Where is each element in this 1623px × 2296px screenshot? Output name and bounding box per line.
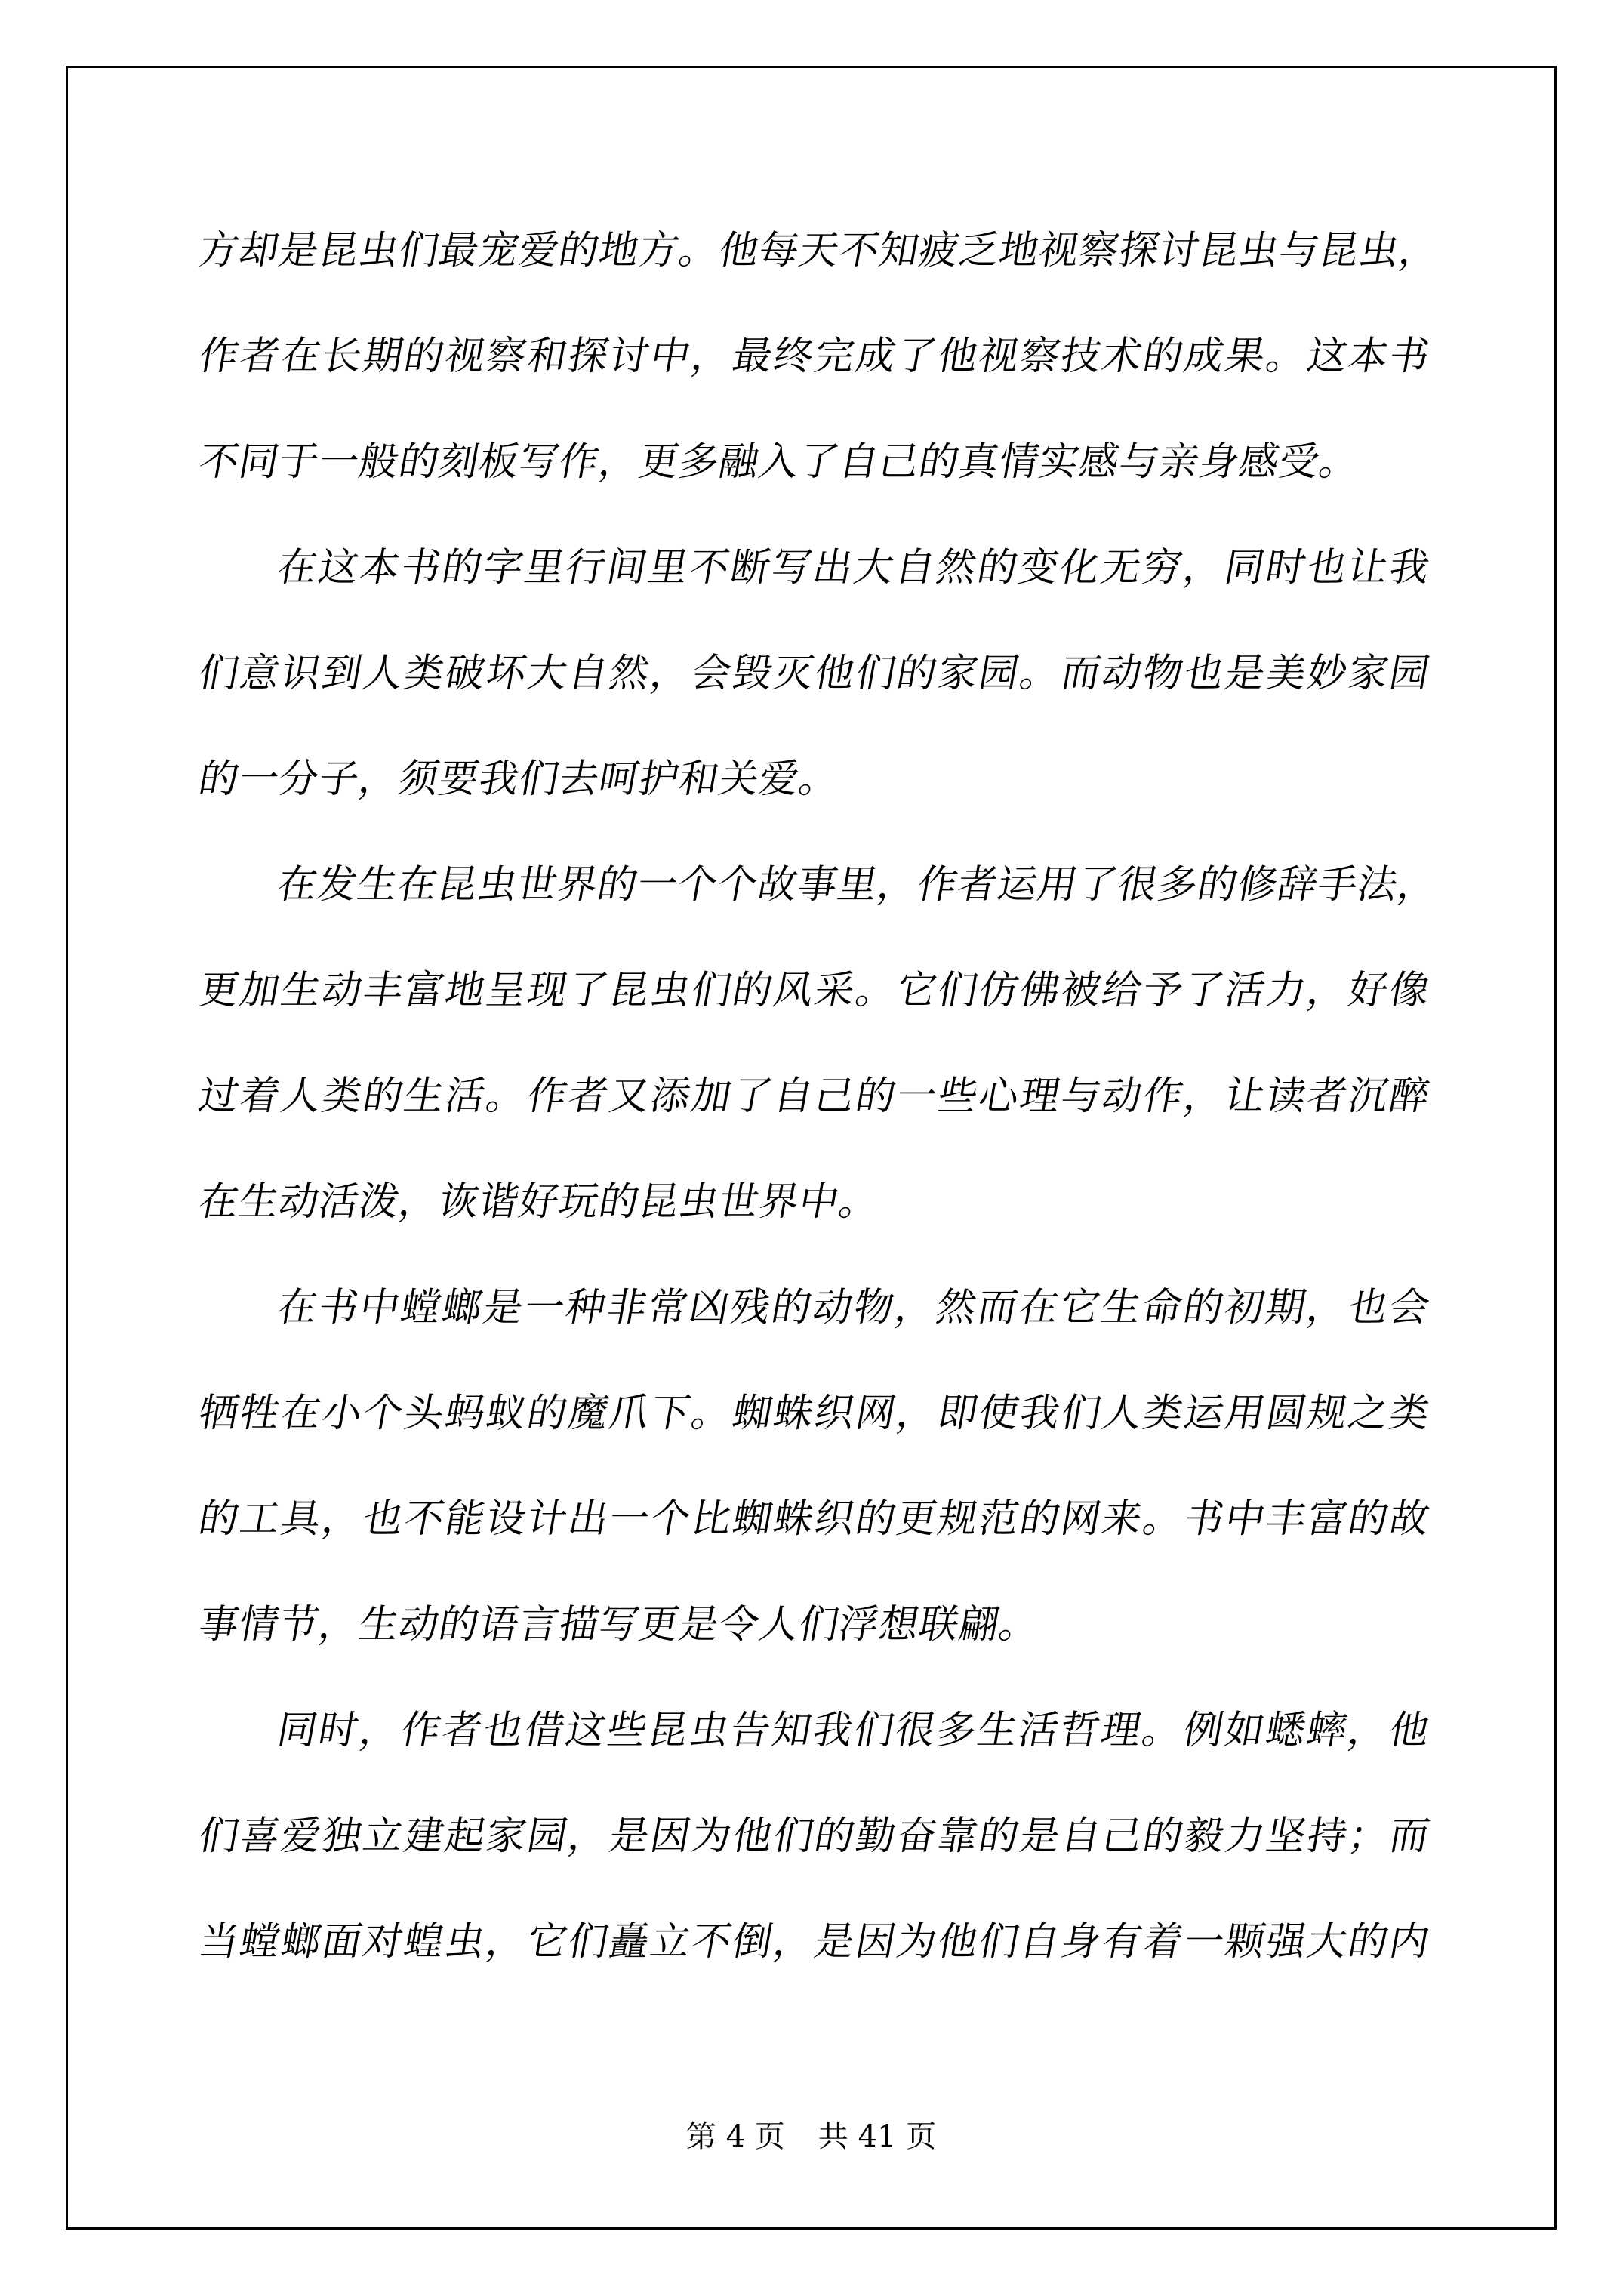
text-line: 事情节，生动的语言描写更是令人们浮想联翩。 (190, 1572, 1440, 1678)
text-line: 作者在长期的视察和探讨中，最终完成了他视察技术的成果。这本书 (190, 304, 1440, 409)
text-line: 牺牲在小个头蚂蚁的魔爪下。蜘蛛织网，即使我们人类运用圆规之类 (190, 1361, 1440, 1466)
page-footer: 第 4 页共 41 页 (68, 2119, 1554, 2155)
text-line: 在发生在昆虫世界的一个个故事里，作者运用了很多的修辞手法， (190, 832, 1440, 938)
text-line: 不同于一般的刻板写作，更多融入了自己的真情实感与亲身感受。 (190, 409, 1440, 515)
document-page: 方却是昆虫们最宠爱的地方。他每天不知疲乏地视察探讨昆虫与昆虫，作者在长期的视察和… (0, 0, 1623, 2296)
text-line: 的一分子，须要我们去呵护和关爱。 (190, 726, 1440, 832)
text-line: 在这本书的字里行间里不断写出大自然的变化无穷，同时也让我 (190, 515, 1440, 621)
page-border-frame: 方却是昆虫们最宠爱的地方。他每天不知疲乏地视察探讨昆虫与昆虫，作者在长期的视察和… (66, 66, 1557, 2230)
text-line: 更加生动丰富地呈现了昆虫们的风采。它们仿佛被给予了活力，好像 (190, 938, 1440, 1043)
footer-page-number: 第 4 页 (686, 2119, 785, 2154)
document-body: 方却是昆虫们最宠爱的地方。他每天不知疲乏地视察探讨昆虫与昆虫，作者在长期的视察和… (199, 198, 1430, 1995)
text-line: 同时，作者也借这些昆虫告知我们很多生活哲理。例如蟋蟀，他 (190, 1678, 1440, 1783)
text-line: 方却是昆虫们最宠爱的地方。他每天不知疲乏地视察探讨昆虫与昆虫， (190, 198, 1440, 304)
text-line: 们意识到人类破坏大自然，会毁灭他们的家园。而动物也是美妙家园 (190, 621, 1440, 726)
text-line: 在书中螳螂是一种非常凶残的动物，然而在它生命的初期，也会 (190, 1255, 1440, 1361)
text-line: 在生动活泼，诙谐好玩的昆虫世界中。 (190, 1149, 1440, 1255)
text-line: 们喜爱独立建起家园，是因为他们的勤奋靠的是自己的毅力坚持；而 (190, 1783, 1440, 1889)
text-line: 当螳螂面对蝗虫，它们矗立不倒，是因为他们自身有着一颗强大的内 (190, 1889, 1440, 1995)
text-line: 的工具，也不能设计出一个比蜘蛛织的更规范的网来。书中丰富的故 (190, 1466, 1440, 1572)
text-line: 过着人类的生活。作者又添加了自己的一些心理与动作，让读者沉醉 (190, 1043, 1440, 1149)
footer-total-pages: 共 41 页 (818, 2119, 936, 2154)
